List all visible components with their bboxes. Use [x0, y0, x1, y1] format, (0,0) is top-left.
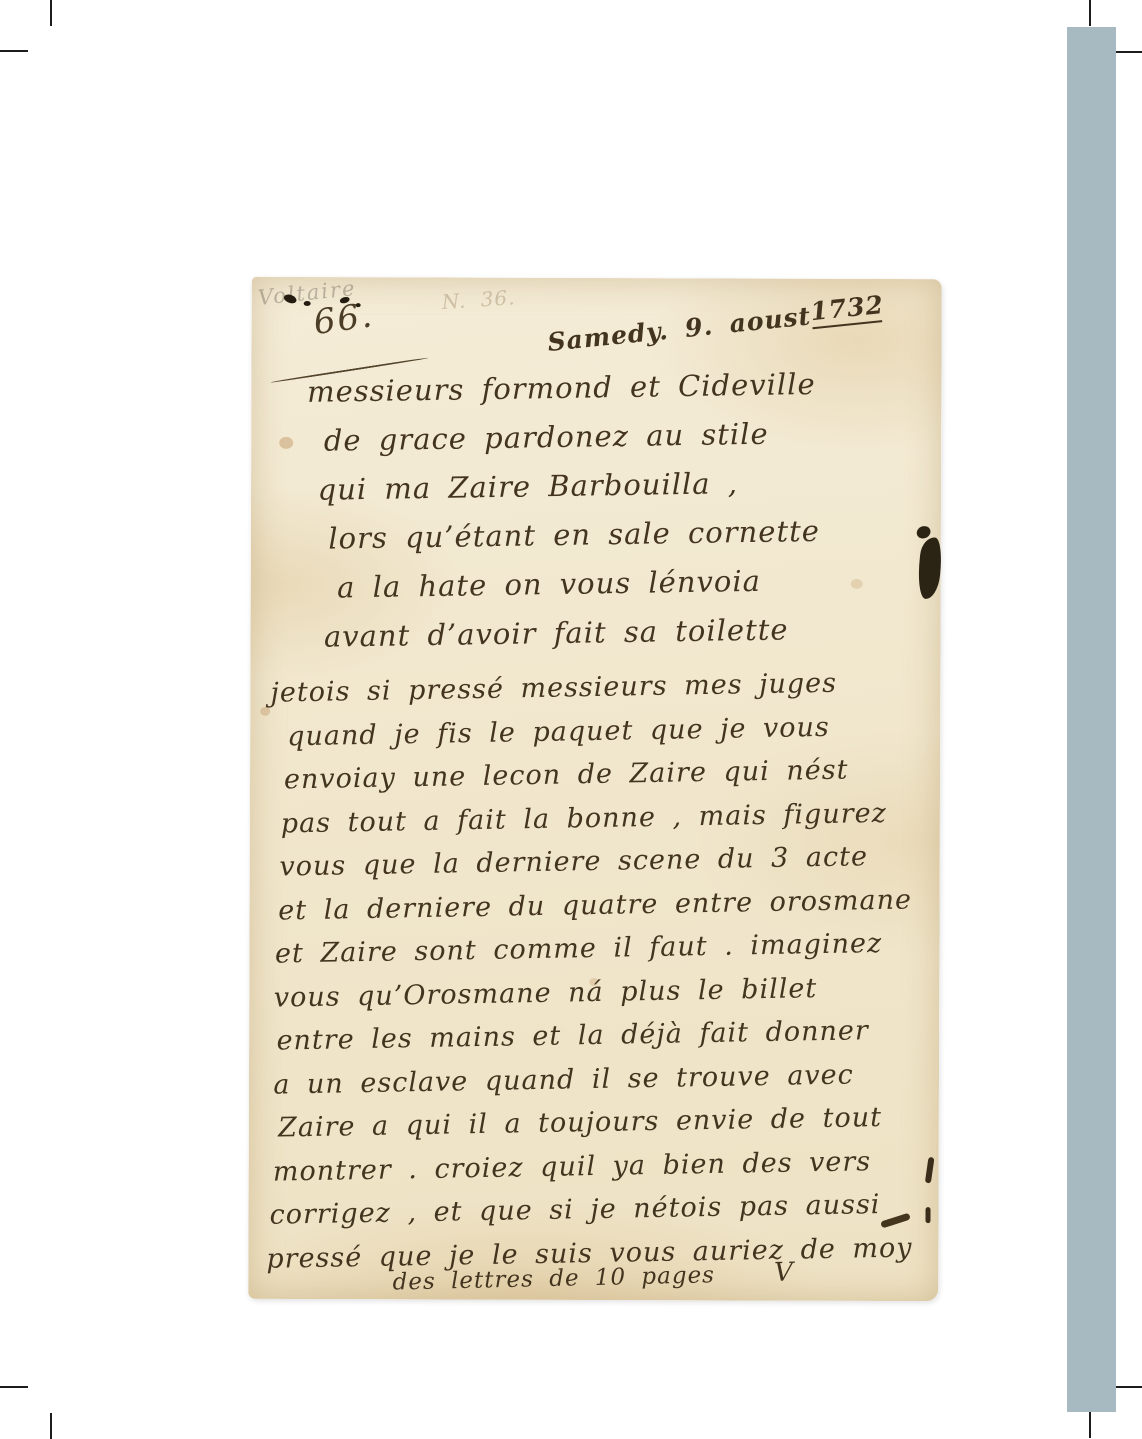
letter-line: de grace pardonez au stile: [323, 409, 818, 466]
page-edge-bar: [1067, 27, 1116, 1412]
crop-mark-top-right-horizontal: [1114, 51, 1142, 53]
manuscript-letter: Voltaire 66. N. 36. Samedy. 9. aoust 173…: [248, 277, 942, 1301]
fox-spot: [851, 579, 863, 589]
crop-mark-bottom-left-vertical: [50, 1413, 52, 1439]
archive-number: 66.: [311, 295, 376, 343]
crop-mark-top-right-vertical: [1089, 0, 1091, 26]
date-line: Samedy. 9. aoust 1732: [547, 289, 935, 357]
ink-speck: [304, 301, 311, 306]
fox-spot: [260, 707, 270, 716]
letter-line: messieurs formond et Cideville: [307, 360, 818, 417]
prose-block: jetois si pressé messieurs mes juges qua…: [270, 660, 918, 1280]
ink-mark: [925, 1207, 930, 1223]
crop-mark-bottom-right-vertical: [1089, 1412, 1091, 1438]
fox-spot: [279, 437, 293, 449]
letter-line: qui ma Zaire Barbouilla ,: [317, 458, 819, 515]
faint-pencil-note: N. 36.: [441, 285, 516, 314]
letter-line: a la hate on vous lénvoia: [337, 556, 821, 613]
signature-initial: V: [774, 1257, 794, 1287]
crop-mark-top-left-vertical: [50, 0, 52, 26]
date-day-month: Samedy. 9. aoust: [547, 301, 813, 357]
crop-mark-bottom-left-horizontal: [0, 1386, 28, 1388]
letter-line: avant d’avoir fait sa toilette: [324, 605, 822, 662]
book-page: Voltaire 66. N. 36. Samedy. 9. aoust 173…: [0, 0, 1142, 1439]
crop-mark-bottom-right-horizontal: [1114, 1386, 1142, 1388]
crop-mark-top-left-horizontal: [0, 50, 28, 52]
ink-blot: [915, 536, 944, 600]
closing-text: des lettres de 10 pages: [392, 1262, 715, 1295]
date-year: 1732: [809, 290, 882, 329]
ink-mark: [925, 1157, 935, 1184]
letter-line: lors qu’étant en sale cornette: [328, 507, 820, 564]
verse-block: messieurs formond et Cideville de grace …: [307, 360, 822, 662]
